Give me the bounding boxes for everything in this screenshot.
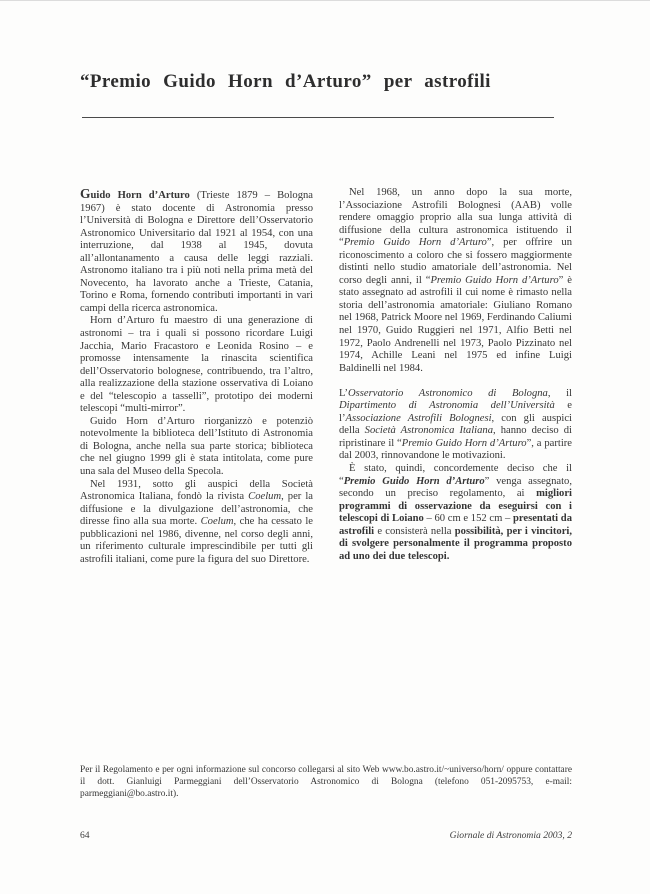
text-segment: e consisterà nella (374, 526, 455, 537)
journal-page: “Premio Guido Horn d’Arturo” per astrofi… (0, 0, 650, 894)
text-segment: – 60 cm e 152 cm – (424, 513, 513, 524)
text-segment: G (80, 186, 91, 201)
journal-reference: Giornale di Astronomia 2003, 2 (450, 830, 572, 841)
text-segment: Società Astronomica Italiana (365, 425, 493, 436)
text-segment: Coelum (201, 516, 234, 527)
text-segment: Osservatorio Astronomico di Bologna (348, 388, 548, 399)
text-segment: Premio Guido Horn d’Arturo (430, 275, 558, 286)
text-segment: (Trieste 1879 – Bologna 1967) è stato do… (80, 190, 313, 314)
paragraph: L’Osservatorio Astronomico di Bologna, i… (339, 388, 572, 463)
paragraph: Nel 1931, sotto gli auspici della Societ… (80, 479, 313, 567)
paragraph: Guido Horn d’Arturo (Trieste 1879 – Bolo… (80, 187, 313, 315)
text-segment: Guido Horn d’Arturo riorganizzò e potenz… (80, 416, 313, 477)
text-segment: Associazione Astrofili Bolognesi (345, 413, 491, 424)
paragraph: È stato, quindi, concordemente deciso ch… (339, 463, 572, 563)
footnote: Per il Regolamento e per ogni informazio… (80, 764, 572, 801)
text-segment: Premio Guido Horn d’Arturo (344, 237, 487, 248)
text-segment: L’ (339, 388, 348, 399)
text-segment: Dipartimento di Astronomia dell’Universi… (339, 400, 555, 411)
page-footer: 64 Giornale di Astronomia 2003, 2 (80, 830, 572, 841)
text-segment: Premio Guido Horn d’Arturo (402, 438, 527, 449)
title-rule (82, 117, 554, 118)
text-segment: uido Horn d’Arturo (91, 190, 190, 201)
text-segment: Horn d’Arturo fu maestro di una generazi… (80, 315, 313, 414)
paragraph: Horn d’Arturo fu maestro di una generazi… (80, 315, 313, 415)
page-number: 64 (80, 830, 90, 841)
text-segment: , il (548, 388, 572, 399)
paragraph: Guido Horn d’Arturo riorganizzò e potenz… (80, 416, 313, 479)
right-column: Nel 1968, un anno dopo la sua morte, l’A… (339, 187, 572, 566)
text-segment: Premio Guido Horn d’Arturo (344, 476, 485, 487)
left-column: Guido Horn d’Arturo (Trieste 1879 – Bolo… (80, 187, 313, 566)
article-title: “Premio Guido Horn d’Arturo” per astrofi… (80, 71, 570, 93)
paragraph: Nel 1968, un anno dopo la sua morte, l’A… (339, 187, 572, 375)
text-segment: ” è stato assegnato ad astrofili il cui … (339, 275, 572, 374)
article-body: Guido Horn d’Arturo (Trieste 1879 – Bolo… (80, 187, 572, 566)
text-segment: Coelum (248, 491, 281, 502)
